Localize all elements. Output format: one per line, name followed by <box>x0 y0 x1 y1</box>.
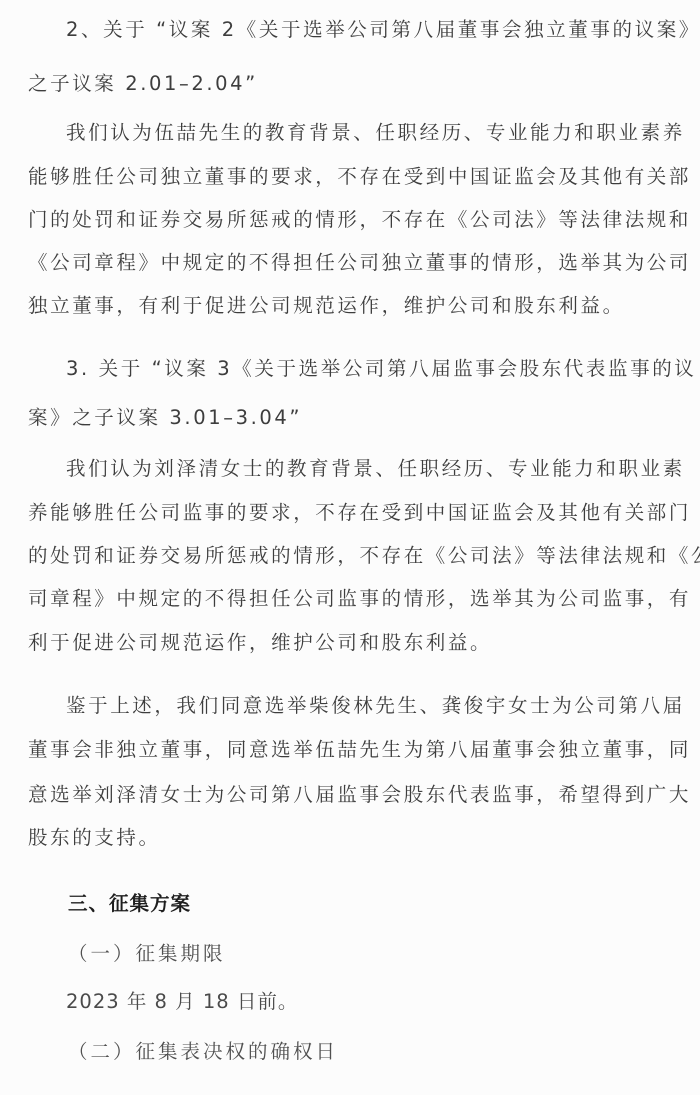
conclusion-line-2: 董事会非独立董事，同意选举伍喆先生为第八届董事会独立董事，同 <box>28 738 691 762</box>
section-heading-plan: 三、征集方案 <box>68 892 191 916</box>
conclusion-line-4: 股东的支持。 <box>28 826 161 850</box>
section3-title-line-2: 案》之子议案 3.01–3.04” <box>28 406 302 430</box>
section2-body-line-5: 独立董事，有利于促进公司规范运作，维护公司和股东利益。 <box>28 294 625 318</box>
section3-body-line-3: 的处罚和证券交易所惩戒的情形，不存在《公司法》等法律法规和《公 <box>28 544 700 568</box>
section3-body-line-1: 我们认为刘泽清女士的教育背景、任职经历、专业能力和职业素 <box>66 457 685 481</box>
plan-item-2-label: （二）征集表决权的确权日 <box>68 1040 338 1064</box>
section2-body-line-3: 门的处罚和证券交易所惩戒的情形，不存在《公司法》等法律法规和 <box>28 208 691 232</box>
conclusion-line-1: 鉴于上述，我们同意选举柴俊林先生、龚俊宇女士为公司第八届 <box>66 694 685 718</box>
plan-item-1-value: 2023 年 8 月 18 日前。 <box>66 990 298 1014</box>
section2-body-line-2: 能够胜任公司独立董事的要求，不存在受到中国证监会及其他有关部 <box>28 165 691 189</box>
section3-body-line-2: 养能够胜任公司监事的要求，不存在受到中国证监会及其他有关部门 <box>28 501 691 525</box>
section3-title-line-1: 3. 关于 “议案 3《关于选举公司第八届监事会股东代表监事的议 <box>66 357 696 381</box>
document-page: 2、关于 “议案 2《关于选举公司第八届董事会独立董事的议案》 之子议案 2.0… <box>0 0 700 1095</box>
section2-body-line-1: 我们认为伍喆先生的教育背景、任职经历、专业能力和职业素养 <box>66 121 685 145</box>
conclusion-line-3: 意选举刘泽清女士为公司第八届监事会股东代表监事，希望得到广大 <box>28 783 691 807</box>
plan-item-1-label: （一）征集期限 <box>68 942 226 966</box>
section2-body-line-4: 《公司章程》中规定的不得担任公司独立董事的情形，选举其为公司 <box>28 251 691 275</box>
section2-title-line-1: 2、关于 “议案 2《关于选举公司第八届董事会独立董事的议案》 <box>66 18 700 42</box>
section3-body-line-5: 利于促进公司规范运作，维护公司和股东利益。 <box>28 631 492 655</box>
section2-title-line-2: 之子议案 2.01–2.04” <box>28 72 258 96</box>
section3-body-line-4: 司章程》中规定的不得担任公司监事的情形，选举其为公司监事，有 <box>28 587 691 611</box>
